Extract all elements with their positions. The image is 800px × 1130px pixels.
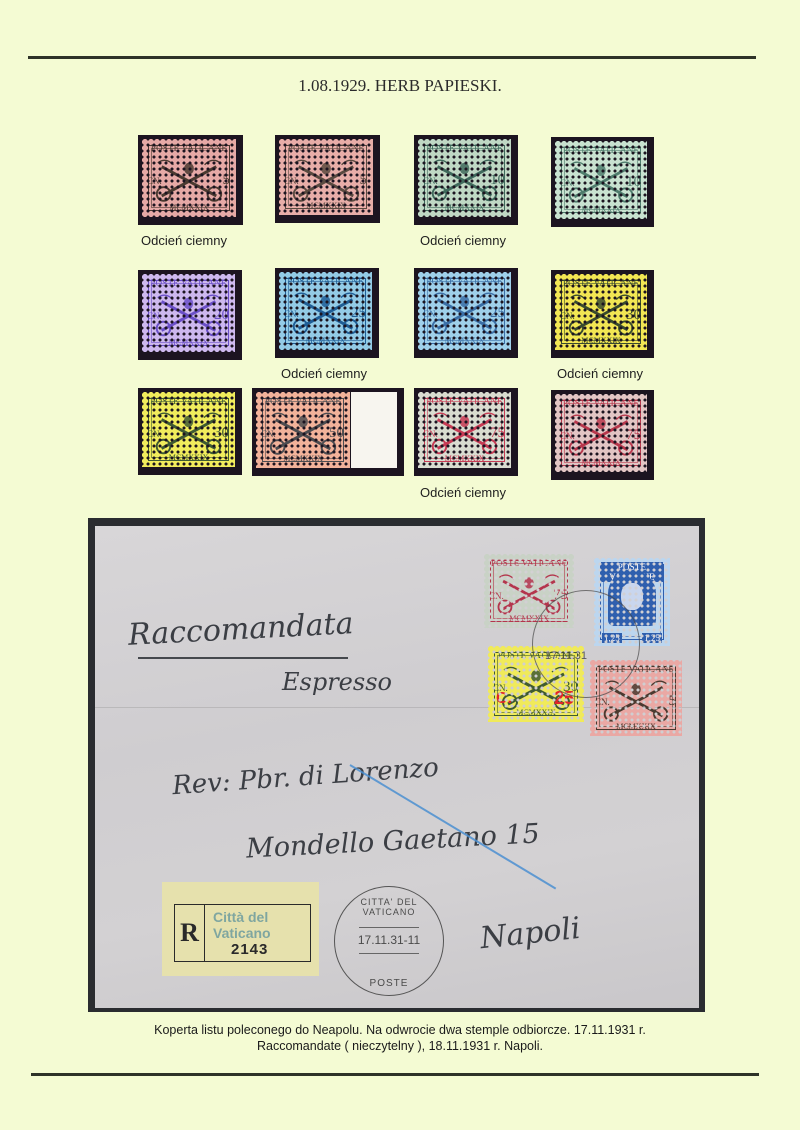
stamp-year: MCMXXIX [488,708,584,717]
stamp-25-cent: POSTE VATICANE CN. 25 MCMXXIX [418,272,511,350]
surcharge-prefix: C. [496,690,512,708]
bottom-rule [31,1073,759,1076]
stamp-10-cent: POSTE VATICANE CN. 10 MCMXXIX [418,139,511,217]
stamp-75-cent: POSTE VATICANE CN. 75 MCMXXIX [418,392,511,468]
stamp-cent-label: CN. [284,309,299,319]
top-rule [28,56,756,59]
stamp-20-cent: POSTE VATICANE CN. 20 MCMXXIX [142,274,235,352]
stamp-year: MCMXXIX [142,203,236,212]
stamp-mount: POSTE VATICANE CN. 50 MCMXXIX [252,388,404,476]
stamp-cent-label: CN. [423,429,438,439]
stamp-header: POSTE VATICANE [484,558,574,568]
stamp-50-cent: POSTE VATICANE CN. 50 MCMXXIX [256,392,350,468]
cancel-ring [532,590,640,698]
stamp-value: 5 [223,172,231,189]
stamp-year: MCMXXIX [142,338,235,347]
stamp-value: 25 [351,305,366,322]
stamp-value: 10 [626,174,641,191]
postmark-date: 17.11.31-11 [335,933,443,947]
stamp-value: 75 [490,425,505,442]
stamp-30-cent: POSTE VATICANE CN. 30 MCMXXIX [555,274,647,350]
stamp-header: POSTE VATICANE [142,143,236,153]
stamp-header: POSTE VATICANE [279,276,372,286]
postmark: CITTA' DEL VATICANO 17.11.31-11 POSTE [334,886,444,996]
stamp-header: POSTE VATICANE [418,276,511,286]
stamp-caption: Odcień ciemny [420,233,506,248]
stamp-header: POSTE VATICANE [555,278,647,288]
stamp-mount: POSTE VATICANE CN. 10 MCMXXIX [414,135,518,225]
stamp-header: POSTE VATICANE [142,278,235,288]
stamp-value: 1,25 [642,633,662,643]
stamp-header: POSTE VATICANE [418,396,511,406]
stamp-header: POSTE VATICANE [418,143,511,153]
stamp-mount: POSTE VATICANE CN. 20 MCMXXIX [138,270,242,360]
stamp-mount: POSTE VATICANE CN. 30 MCMXXIX [138,388,242,475]
registration-city: Città del Vaticano [213,909,271,941]
stamp-caption: Odcień ciemny [420,485,506,500]
stamp-year: MCMXXIX [279,201,373,210]
stamp-cent-label: CN. [147,311,162,321]
stamp-cent-label: CN. [595,697,610,707]
stamp-cent-label: CN. [284,176,299,186]
stamp-10-cent: POSTE VATICANE CN. 10 MCMXXIX [555,141,647,219]
stamp-cent-label: CN. [560,431,575,441]
stamp-cent-label: CN. [147,176,162,186]
stamp-header: POSTE VATICANE [142,396,235,406]
registration-number: 2143 [231,941,268,958]
stamp-mount: POSTE VATICANE CN. 75 MCMXXIX [551,390,654,480]
stamp-value: 30 [626,307,641,324]
stamp-mount: POSTE VATICANE CN. 25 MCMXXIX [414,268,518,358]
stamp-mount: POSTE VATICANE CN. 30 MCMXXIX [551,270,654,358]
stamp-cent-label: CN. [489,591,504,601]
stamp-year: MCMXXIX [279,336,372,345]
handwriting-underline [138,657,348,659]
registration-label: R Città del Vaticano 2143 [162,882,319,976]
stamp-header: POSTE VATICANE [279,143,373,153]
postmark-bottom-text: POSTE [335,978,443,989]
stamp-header: POSTE VATICANE [555,398,647,408]
stamp-cent-label: CN. [560,311,575,321]
stamp-year: MCMXXIX [418,336,511,345]
stamp-cent-label: CN. [423,309,438,319]
stamp-caption: Odcień ciemny [557,366,643,381]
stamp-year: MCMXXIX [256,454,350,463]
stamp-value: 25 [490,305,505,322]
stamp-caption: Odcień ciemny [281,366,367,381]
stamp-5-cent: POSTE VATICANE CN. 5 MCMXXIX [279,139,373,215]
stamp-cent-label: CN. [423,176,438,186]
stamp-mount: POSTE VATICANE CN. 5 MCMXXIX [275,135,380,223]
stamp-year: MCMXXIX [590,722,682,731]
stamp-caption: Odcień ciemny [141,233,227,248]
cancel-date: 17.11.31 [545,650,587,662]
page-title: 1.08.1929. HERB PAPIESKI. [0,76,800,96]
stamp-mount: POSTE VATICANE CN. 75 MCMXXIX [414,388,518,476]
stamp-year: MCMXXIX [555,458,647,467]
stamp-cent-label: CN. [261,429,276,439]
stamp-25-cent: POSTE VATICANE CN. 25 MCMXXIX [279,272,372,350]
stamp-75-cent: POSTE VATICANE CN. 75 MCMXXIX [555,394,647,472]
stamp-mount: POSTE VATICANE CN. 25 MCMXXIX [275,268,379,358]
stamp-5-cent: POSTE VATICANE CN. 5 MCMXXIX [142,139,236,217]
stamp-value: 5 [669,693,677,710]
cover-description: Koperta listu poleconego do Neapolu. Na … [0,1022,800,1054]
stamp-value: 5 [360,172,368,189]
stamp-year: MCMXXIX [418,454,511,463]
stamp-value: 75 [626,427,641,444]
handwriting-espresso: Espresso [282,668,392,696]
stamp-value: 30 [214,425,229,442]
stamp-value: 10 [490,172,505,189]
stamp-year: MCMXXIX [555,336,647,345]
sheet-margin [351,392,397,468]
stamp-value: 50 [329,425,344,442]
stamp-year: MCMXXIX [555,205,647,214]
postmark-top-text: CITTA' DEL VATICANO [335,897,443,917]
stamp-header: POSTE VATICANE [256,396,350,406]
stamp-cent-label: CN. [147,429,162,439]
stamp-30-cent: POSTE VATICANE CN. 30 MCMXXIX [142,392,235,467]
registration-letter: R [175,905,205,961]
stamp-mount: POSTE VATICANE CN. 5 MCMXXIX [138,135,243,225]
stamp-cent-label: CN. [560,178,575,188]
stamp-header: POSTE VATICANE [555,145,647,155]
stamp-year: MCMXXIX [418,203,511,212]
stamp-year: MCMXXIX [142,453,235,462]
stamp-value: 20 [214,307,229,324]
stamp-mount: POSTE VATICANE CN. 10 MCMXXIX [551,137,654,227]
